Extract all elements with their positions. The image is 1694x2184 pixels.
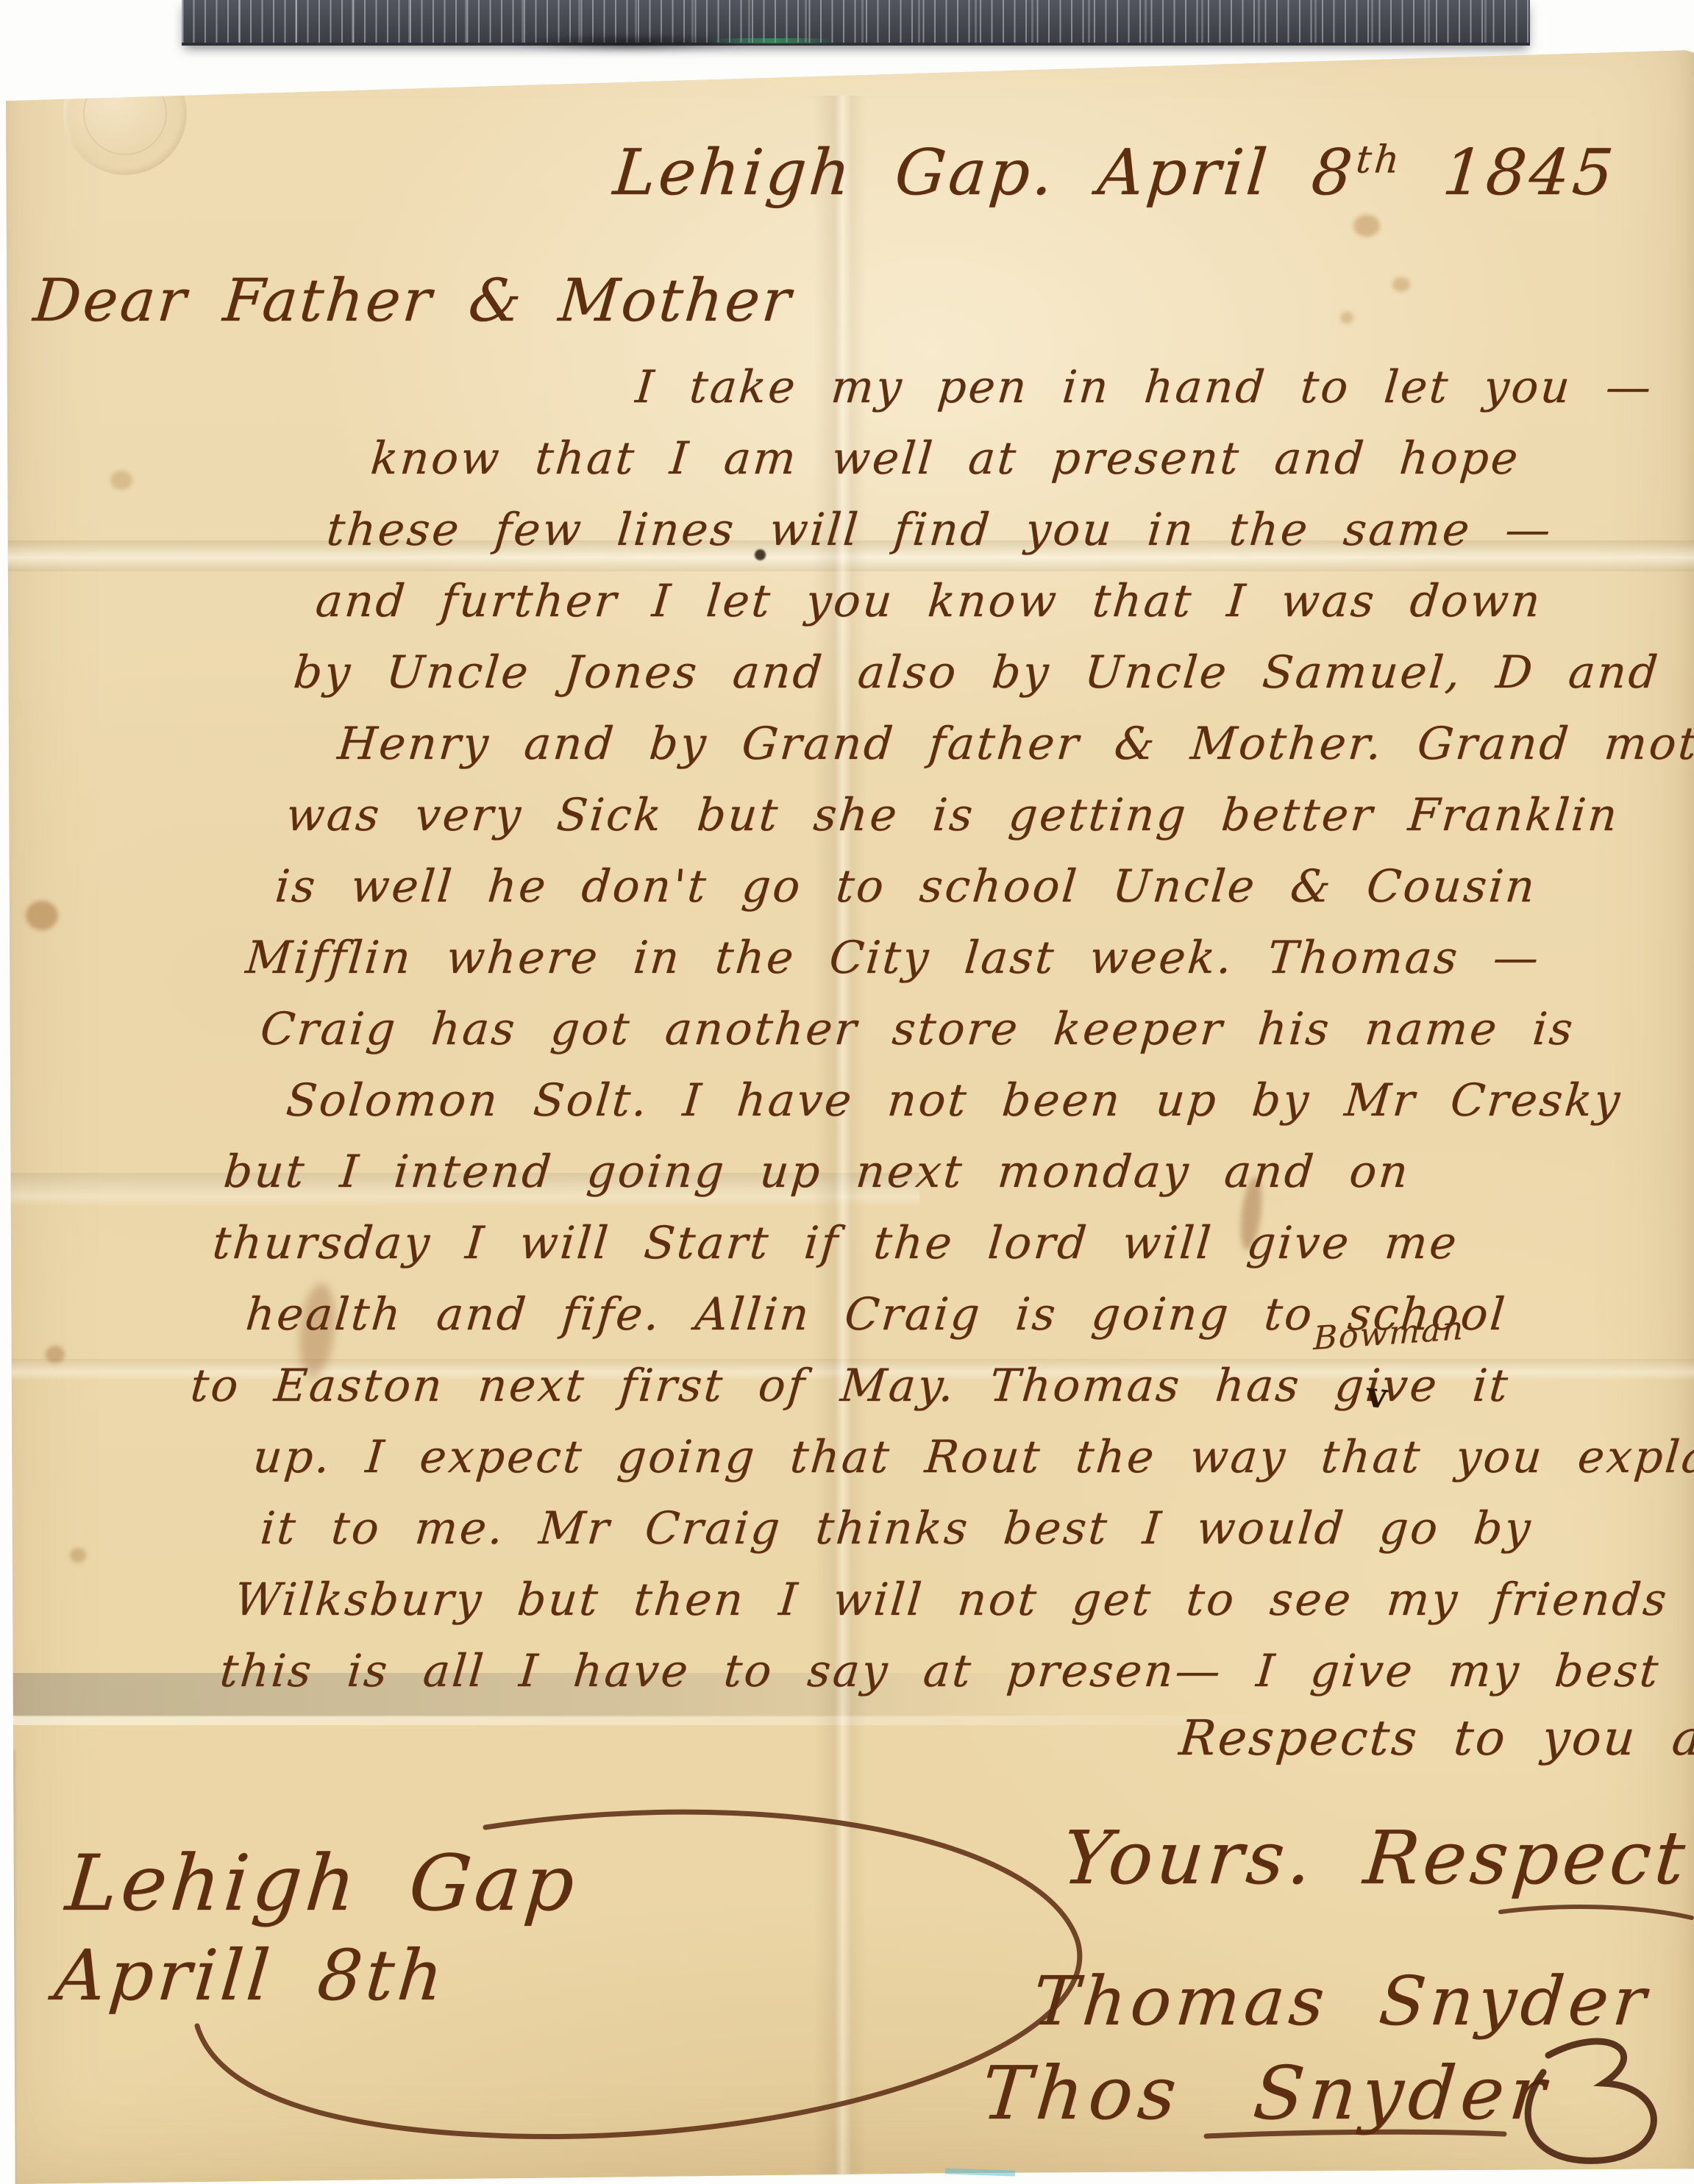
letter-line: up. I expect going that Rout the way tha… — [250, 1421, 1694, 1493]
stain — [1340, 312, 1353, 324]
closing-line: Yours. Respect — [1059, 1815, 1692, 1901]
letter-line: but I intend going up next monday and on — [221, 1136, 1694, 1207]
letter-line: and further I let you know that I was do… — [313, 565, 1694, 637]
letter-line: by Uncle Jones and also by Uncle Samuel,… — [291, 637, 1694, 708]
docket-date: Aprill 8th — [51, 1935, 450, 2016]
letter-paper: Lehigh Gap. April 8th 1845 Dear Father &… — [0, 0, 1694, 2184]
letter-line: know that I am well at present and hope — [368, 423, 1694, 494]
letter-line: to Easton next first of May. Thomas has … — [188, 1350, 1694, 1421]
scanner-artifact-green — [710, 38, 835, 43]
respects-line: Respects to you all — [1177, 1710, 1694, 1766]
dateline-ordinal: th — [1354, 138, 1404, 182]
dateline: Lehigh Gap. April 8th 1845 — [611, 136, 1619, 210]
docket-place: Lehigh Gap — [63, 1838, 582, 1928]
caret-mark: v — [1364, 1374, 1389, 1417]
letter-line: is well he don't go to school Uncle & Co… — [272, 851, 1694, 922]
signature-1: Thomas Snyder — [1030, 1962, 1653, 2041]
stain — [1392, 277, 1410, 292]
letter-line: this is all I have to say at presen— I g… — [217, 1635, 1694, 1707]
letter-line: it to me. Mr Craig thinks best I would g… — [257, 1493, 1694, 1564]
letter-line: Wilksbury but then I will not get to see… — [232, 1564, 1694, 1635]
letter-line: these few lines will find you in the sam… — [324, 494, 1694, 565]
letter-line: Henry and by Grand father & Mother. Gran… — [335, 708, 1694, 779]
stain — [1353, 215, 1380, 237]
signature-2: Thos Snyder — [978, 2050, 1554, 2136]
scanned-letter-page: Lehigh Gap. April 8th 1845 Dear Father &… — [0, 0, 1694, 2184]
dateline-year: 1845 — [1439, 136, 1619, 210]
letter-line: Solomon Solt. I have not been up by Mr C… — [283, 1065, 1694, 1136]
letter-line: I take my pen in hand to let you — — [633, 351, 1694, 423]
closing-dash-stroke — [1501, 1907, 1692, 1918]
letter-line: Mifflin where in the City last week. Tho… — [243, 922, 1694, 993]
letter-line: was very Sick but she is getting better … — [283, 779, 1694, 851]
letter-line: Craig has got another store keeper his n… — [257, 993, 1694, 1065]
letter-body: I take my pen in hand to let you — know … — [0, 351, 1694, 1707]
embossed-seal — [63, 51, 187, 175]
fold-crease-highlight — [0, 1716, 1265, 1725]
dateline-place-date: Lehigh Gap. April 8 — [611, 136, 1358, 210]
letter-line: thursday I will Start if the lord will g… — [210, 1207, 1694, 1279]
letter-line: health and fife. Allin Craig is going to… — [243, 1279, 1694, 1350]
ruler-scale-bar — [182, 0, 1530, 46]
edge-shadow — [0, 1750, 15, 2184]
salutation: Dear Father & Mother — [31, 266, 795, 335]
